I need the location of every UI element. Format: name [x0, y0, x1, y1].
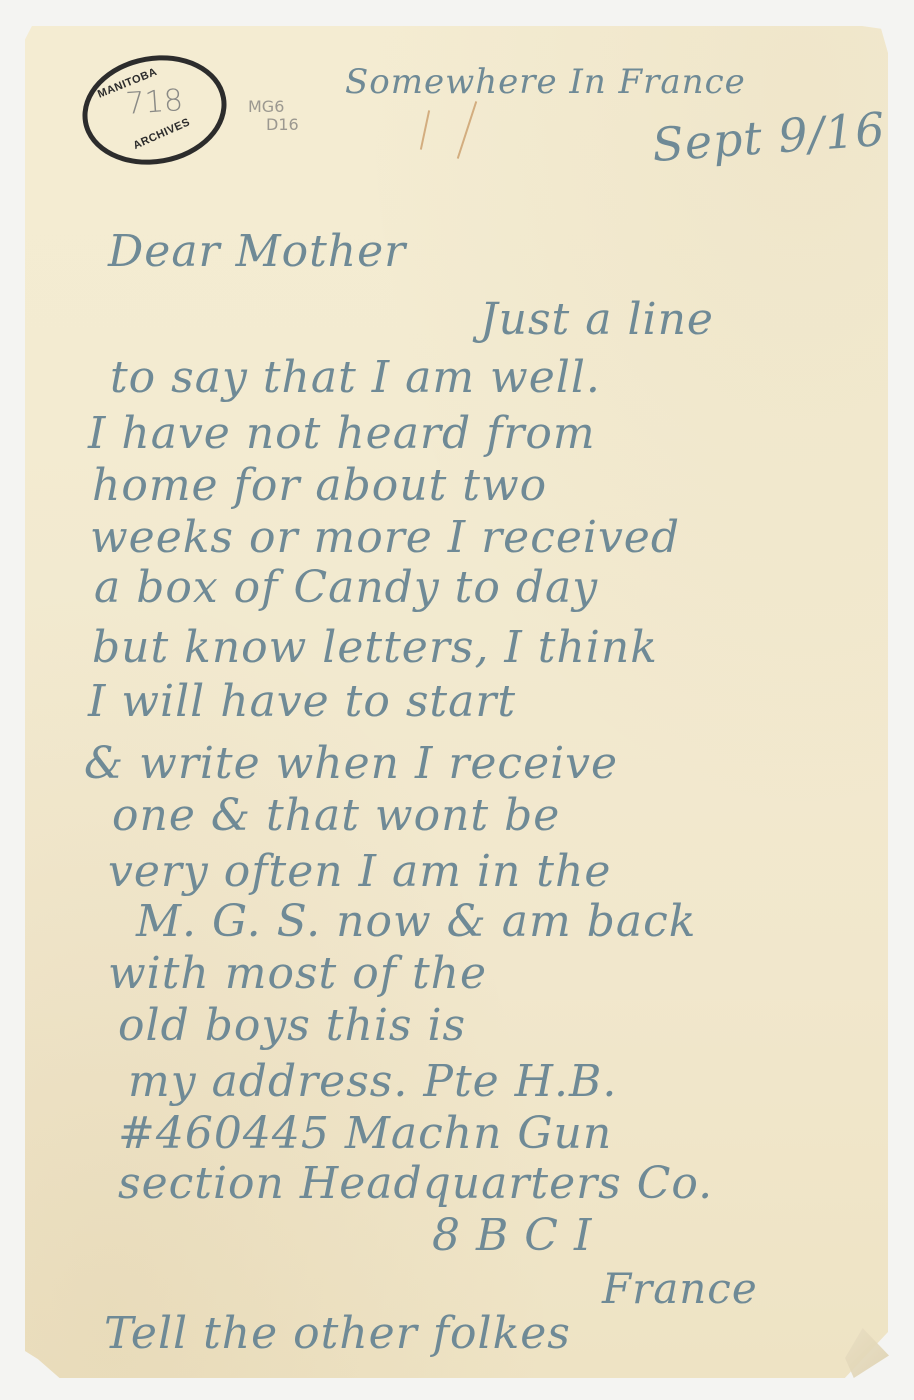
body-line: but know letters, I think — [92, 622, 658, 673]
body-line: I have not heard from — [88, 408, 596, 459]
salutation: Dear Mother — [108, 226, 406, 277]
body-line: a box of Candy to day — [94, 562, 598, 613]
body-line: home for about two — [92, 460, 547, 511]
body-line: & write when I receive — [84, 738, 618, 789]
body-line: M. G. S. now & am back — [136, 896, 696, 947]
stamp-bottom-text: ARCHIVES — [131, 116, 191, 152]
body-line: very often I am in the — [108, 846, 611, 897]
body-line: my address. Pte H.B. — [128, 1056, 617, 1107]
body-line: one & that wont be — [112, 790, 560, 841]
reference-line-1: MG6 — [248, 98, 299, 116]
body-line: weeks or more I received — [90, 512, 680, 563]
closing-place: France — [602, 1264, 758, 1313]
body-line: #460445 Machn Gun — [118, 1108, 612, 1159]
body-line: I will have to start — [88, 676, 516, 727]
body-line: to say that I am well. — [110, 352, 601, 403]
body-line: with most of the — [108, 948, 487, 999]
body-line: old boys this is — [118, 1000, 466, 1051]
body-line: 8 B C I — [432, 1210, 592, 1261]
body-line: section Headquarters Co. — [118, 1158, 713, 1209]
body-line: Just a line — [480, 294, 714, 345]
reference-line-2: D16 — [266, 116, 299, 134]
document-page: MANITOBA 718 ARCHIVES MG6 D16 Somewhere … — [0, 0, 914, 1400]
letter-location: Somewhere In France — [345, 62, 746, 102]
stamp-number: 718 — [125, 83, 185, 122]
archive-reference: MG6 D16 — [248, 98, 299, 133]
postscript: Tell the other folkes — [104, 1308, 571, 1359]
